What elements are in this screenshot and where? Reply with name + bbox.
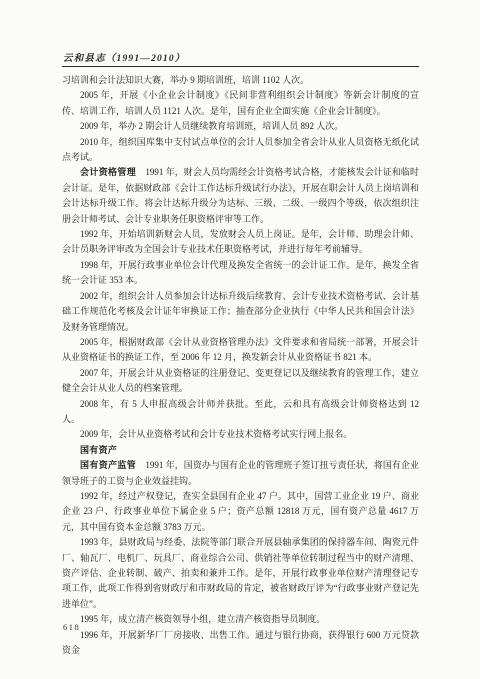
paragraph-text: 1995 年，成立清产核资领导小组，建立清产核资指导员制度。 xyxy=(80,614,325,624)
paragraph: 1992 年，开始培训新财会人员，发放财会人员上岗证。是年，会计师、助理会计师、… xyxy=(62,227,419,258)
paragraph: 2008 年，有 5 人申报高级会计师并获批。至此，云和具有高级会计师资格达到 … xyxy=(62,397,419,428)
paragraph: 习培训和会计法知识大赛，举办 9 期培训班，培训 1102 人次。 xyxy=(62,73,419,88)
paragraph: 2005 年，开展《小企业会计制度》《民间非营利组织会计制度》等新会计制度的宣传… xyxy=(62,88,419,119)
paragraph-text: 1998 年，开展行政事业单位会计代理及换发全省统一的会计证工作。是年，换发全省… xyxy=(62,260,419,285)
paragraph: 2005 年，根据财政部《会计从业资格管理办法》文件要求和省局统一部署，开展会计… xyxy=(62,335,419,366)
scanned-book-page: 云和县志（1991—2010） 习培训和会计法知识大赛，举办 9 期培训班，培训… xyxy=(0,0,480,679)
paragraph: 2007 年，开展会计从业资格证的注册登记、变更登记以及继续教育的管理工作，建立… xyxy=(62,366,419,397)
paragraph-text: 习培训和会计法知识大赛，举办 9 期培训班，培训 1102 人次。 xyxy=(62,75,309,85)
paragraph-text: 1993 年，县财政局与经委、法院等部门联合开展县轴承集团的保持器车间、陶瓷元件… xyxy=(62,537,419,609)
paragraph: 1992 年，经过产权登记，查实全县国有企业 47 户。其中，国营工业企业 19… xyxy=(62,489,419,535)
section-heading: 国有资产 xyxy=(62,443,419,458)
paragraph-text: 2005 年，根据财政部《会计从业资格管理办法》文件要求和省局统一部署，开展会计… xyxy=(62,337,419,362)
paragraph-lead: 会计资格管理 xyxy=(80,167,145,177)
paragraph: 国有资产监管1991 年，国资办与国有企业的管理班子签订扭亏责任状，将国有企业领… xyxy=(62,458,419,489)
paragraph-text: 2002 年，组织会计人员参加会计达标升级后续教育、会计专业技术资格考试、会计基… xyxy=(62,291,419,332)
paragraph: 2009 年，举办 2 期会计人员继续教育培训班，培训人员 892 人次。 xyxy=(62,119,419,134)
paragraph-text: 1996 年，开展新华厂厂房接收、出售工作。通过与银行协商，获得银行 600 万… xyxy=(62,630,419,655)
paragraph-lead: 国有资产监管 xyxy=(80,460,145,470)
running-title: 云和县志（1991—2010） xyxy=(63,50,186,64)
paragraph-text: 2009 年，会计从业资格考试和会计专业技术资格考试实行网上报名。 xyxy=(80,429,352,439)
paragraph-text: 2009 年，举办 2 期会计人员继续教育培训班，培训人员 892 人次。 xyxy=(80,121,343,131)
paragraph: 会计资格管理1991 年，财会人员均需经会计资格考试合格，才能核发会计证和临时会… xyxy=(62,165,419,227)
paragraph-text: 1992 年，经过产权登记，查实全县国有企业 47 户。其中，国营工业企业 19… xyxy=(62,491,419,532)
paragraph: 1995 年，成立清产核资领导小组，建立清产核资指导员制度。 xyxy=(62,612,419,627)
paragraph-text: 2008 年，有 5 人申报高级会计师并获批。至此，云和具有高级会计师资格达到 … xyxy=(62,399,419,424)
section-heading-label: 国有资产 xyxy=(80,445,127,455)
paragraph-text: 2010 年，组织国库集中支付试点单位的会计人员参加全省会计从业人员资格无纸化试… xyxy=(62,137,419,162)
paragraph: 2009 年，会计从业资格考试和会计专业技术资格考试实行网上报名。 xyxy=(62,427,419,442)
paragraph: 1998 年，开展行政事业单位会计代理及换发全省统一的会计证工作。是年，换发全省… xyxy=(62,258,419,289)
paragraph: 1993 年，县财政局与经委、法院等部门联合开展县轴承集团的保持器车间、陶瓷元件… xyxy=(62,535,419,612)
header-rule xyxy=(62,66,419,67)
paragraph-text: 2007 年，开展会计从业资格证的注册登记、变更登记以及继续教育的管理工作，建立… xyxy=(62,368,419,393)
paragraph: 2002 年，组织会计人员参加会计达标升级后续教育、会计专业技术资格考试、会计基… xyxy=(62,289,419,335)
page-number: 618 xyxy=(63,622,80,632)
text-body: 习培训和会计法知识大赛，举办 9 期培训班，培训 1102 人次。 2005 年… xyxy=(62,73,419,658)
paragraph: 2010 年，组织国库集中支付试点单位的会计人员参加全省会计从业人员资格无纸化试… xyxy=(62,135,419,166)
paragraph: 1996 年，开展新华厂厂房接收、出售工作。通过与银行协商，获得银行 600 万… xyxy=(62,628,419,659)
paragraph-text: 1992 年，开始培训新财会人员，发放财会人员上岗证。是年，会计师、助理会计师、… xyxy=(62,229,419,254)
paragraph-text: 2005 年，开展《小企业会计制度》《民间非营利组织会计制度》等新会计制度的宣传… xyxy=(62,90,419,115)
